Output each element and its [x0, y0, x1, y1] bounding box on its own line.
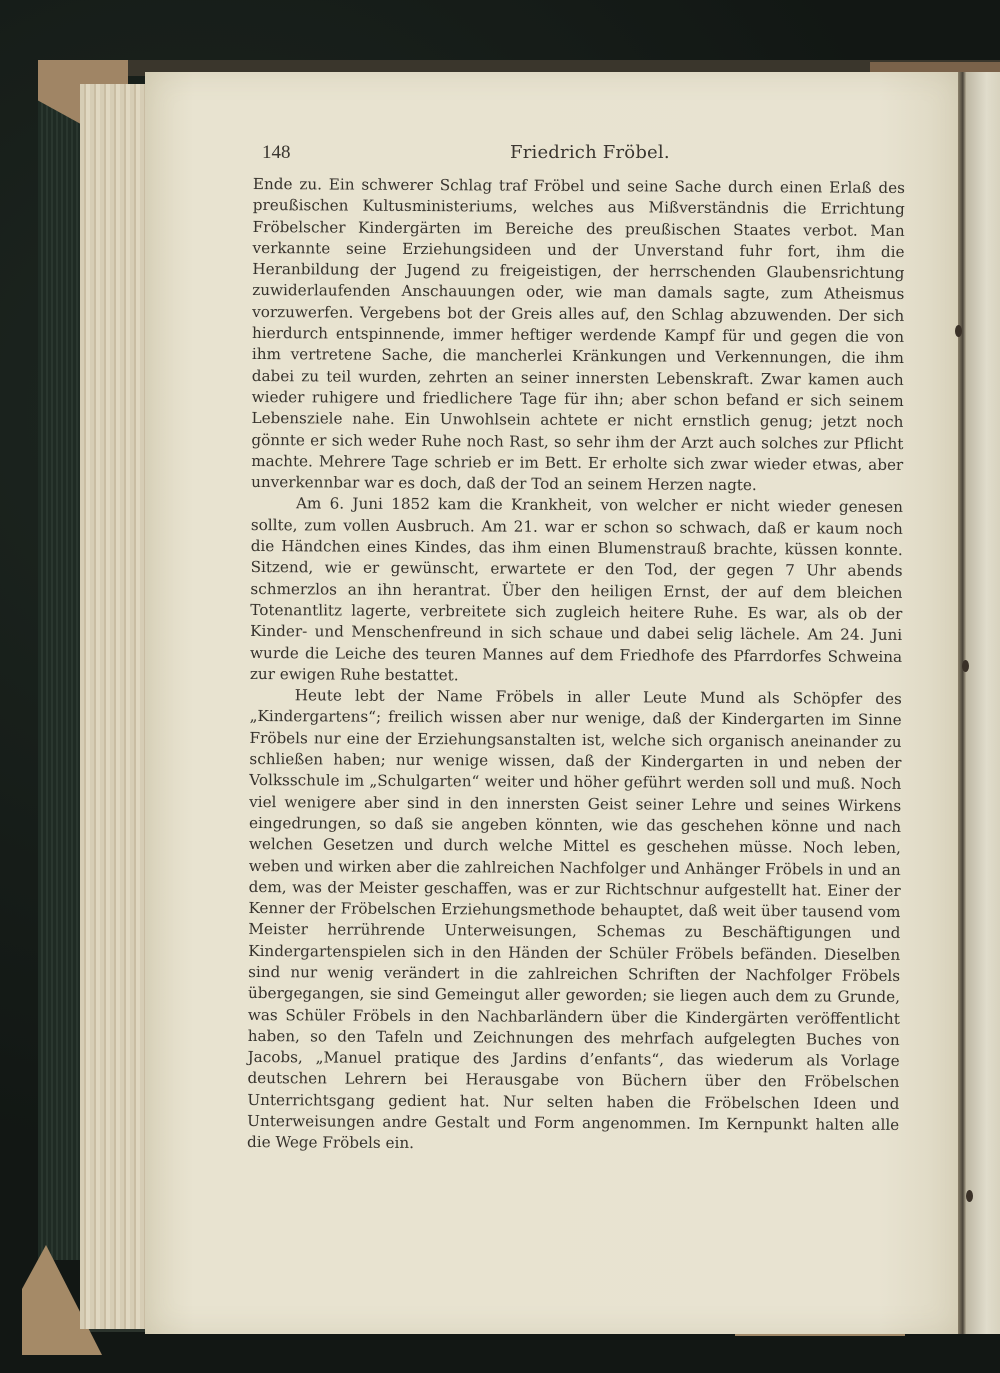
page-header: 148 Friedrich Fröbel. — [262, 142, 912, 166]
running-title: Friedrich Fröbel. — [510, 142, 670, 163]
page-number: 148 — [262, 142, 291, 164]
paragraph: Heute lebt der Name Fröbels in aller Leu… — [247, 685, 902, 1158]
book-gutter — [958, 72, 966, 1334]
binding-mark — [955, 325, 962, 337]
page-stack-edge — [80, 84, 150, 1329]
paragraph: Am 6. Juni 1852 kam die Krankheit, von w… — [250, 493, 903, 689]
binding-mark — [962, 660, 969, 672]
paragraph: Ende zu. Ein schwerer Schlag traf Fröbel… — [251, 174, 905, 497]
facing-page-edge — [966, 72, 1000, 1334]
binding-mark — [966, 1190, 973, 1202]
page-body: Ende zu. Ein schwerer Schlag traf Fröbel… — [247, 174, 905, 1158]
